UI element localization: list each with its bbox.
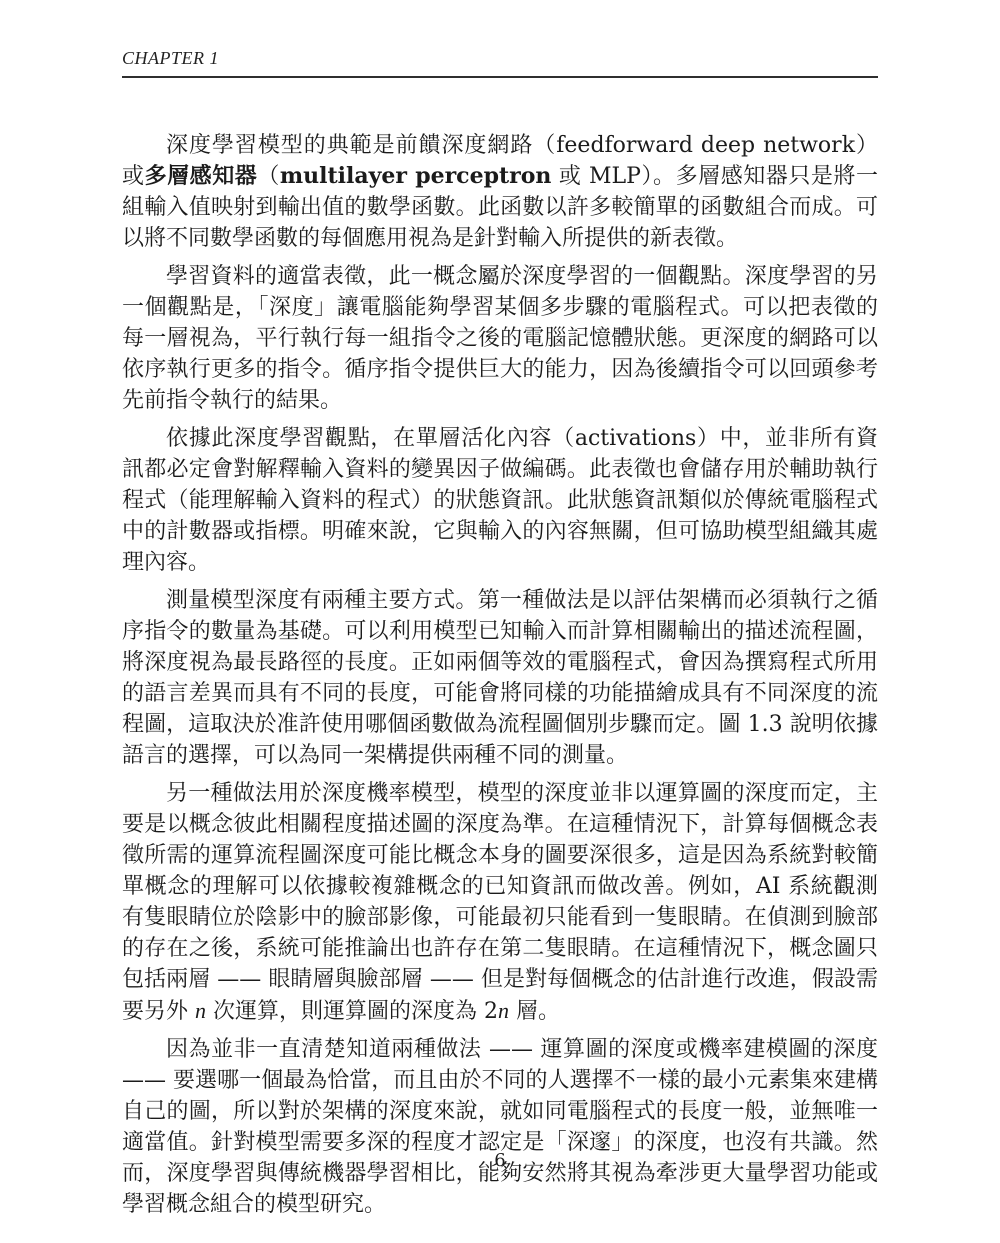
text-segment: 學習資料的適當表徵，此一概念屬於深度學習的一個觀點。深度學習的另一個觀點是，「深…	[122, 264, 878, 413]
text-segment: 另一種做法用於深度機率模型，模型的深度並非以運算圖的深度而定，主要是以概念彼此相…	[122, 781, 878, 1024]
page-number: 6	[494, 1150, 505, 1171]
page-footer: 6	[0, 1150, 1000, 1171]
text-segment: （	[257, 164, 280, 189]
book-page: CHAPTER 1 深度學習模型的典範是前饋深度網路（feedforward d…	[0, 0, 1000, 1243]
text-segment: 因為並非一直清楚知道兩種做法 —— 運算圖的深度或機率建模圖的深度 —— 要選哪…	[122, 1037, 878, 1217]
chapter-header: CHAPTER 1	[122, 48, 878, 78]
page-body: 深度學習模型的典範是前饋深度網路（feedforward deep networ…	[122, 130, 878, 1220]
paragraph-1: 深度學習模型的典範是前饋深度網路（feedforward deep networ…	[122, 130, 878, 254]
text-segment: 次運算，則運算圖的深度為 2	[206, 999, 498, 1024]
paragraph-2: 學習資料的適當表徵，此一概念屬於深度學習的一個觀點。深度學習的另一個觀點是，「深…	[122, 261, 878, 416]
bold-term: 多層感知器	[145, 163, 258, 189]
paragraph-5: 另一種做法用於深度機率模型，模型的深度並非以運算圖的深度而定，主要是以概念彼此相…	[122, 778, 878, 1027]
text-segment: 測量模型深度有兩種主要方式。第一種做法是以評估架構而必須執行之循序指令的數量為基…	[122, 588, 878, 768]
text-segment: 依據此深度學習觀點，在單層活化內容（activations）中，並非所有資訊都必…	[122, 426, 878, 575]
bold-term: multilayer perceptron	[280, 163, 552, 189]
paragraph-3: 依據此深度學習觀點，在單層活化內容（activations）中，並非所有資訊都必…	[122, 423, 878, 578]
paragraph-6: 因為並非一直清楚知道兩種做法 —— 運算圖的深度或機率建模圖的深度 —— 要選哪…	[122, 1034, 878, 1220]
math-variable: n	[498, 998, 509, 1023]
chapter-label: CHAPTER 1	[122, 48, 219, 68]
text-segment: 層。	[509, 999, 560, 1024]
math-variable: n	[195, 998, 206, 1023]
paragraph-4: 測量模型深度有兩種主要方式。第一種做法是以評估架構而必須執行之循序指令的數量為基…	[122, 585, 878, 771]
